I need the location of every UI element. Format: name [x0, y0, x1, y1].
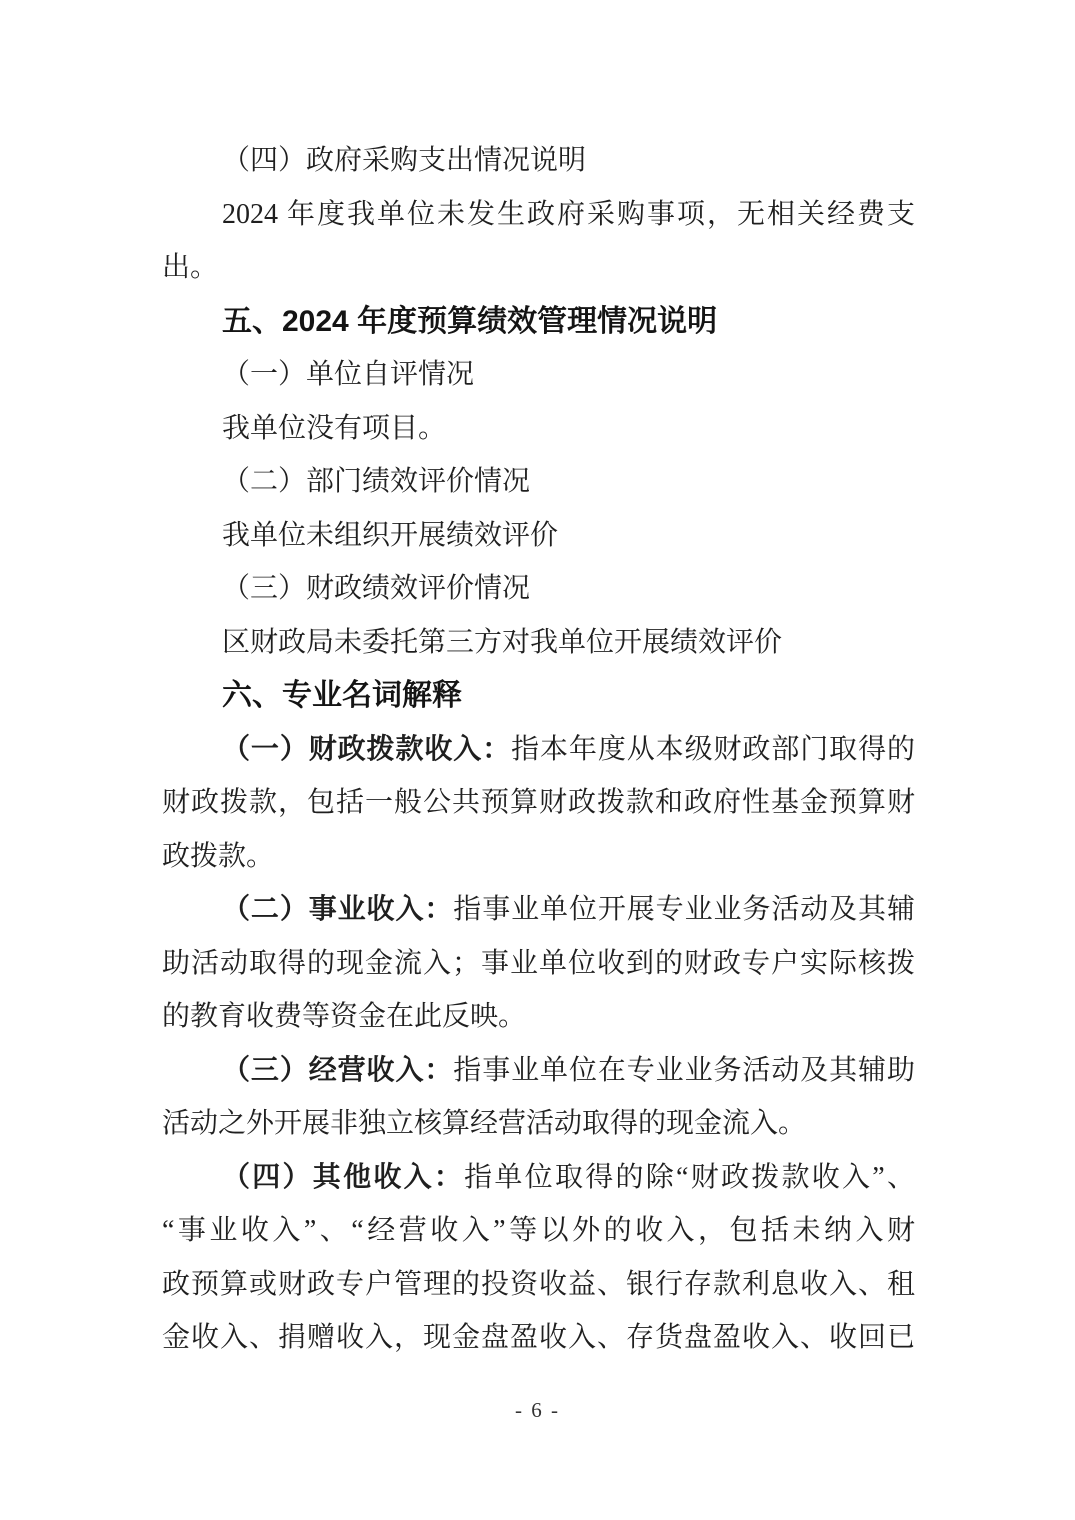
definition-text: 指单位取得的除“财政拨款收入”、: [464, 1162, 915, 1193]
body-line: 我单位没有项目。: [162, 402, 915, 456]
body-line: 2024 年度我单位未发生政府采购事项，无相关经费支: [162, 188, 915, 242]
subsection-heading: （三）财政绩效评价情况: [162, 562, 915, 616]
definition-text: 指本年度从本级财政部门取得的: [511, 734, 915, 765]
subsection-heading: （四）政府采购支出情况说明: [162, 134, 915, 188]
body-line: “事业收入”、“经营收入”等以外的收入，包括未纳入财: [162, 1204, 915, 1258]
body-line: 政拨款。: [162, 830, 915, 884]
body-line: 我单位未组织开展绩效评价: [162, 509, 915, 563]
definition-term: （四）其他收入：: [222, 1162, 464, 1193]
definition-text: 指事业单位在专业业务活动及其辅助: [453, 1055, 915, 1086]
definition-line: （三）经营收入：指事业单位在专业业务活动及其辅助: [162, 1044, 915, 1098]
document-body: （四）政府采购支出情况说明 2024 年度我单位未发生政府采购事项，无相关经费支…: [162, 134, 915, 1365]
subsection-heading: （二）部门绩效评价情况: [162, 455, 915, 509]
body-line: 财政拨款，包括一般公共预算财政拨款和政府性基金预算财: [162, 776, 915, 830]
document-page: （四）政府采购支出情况说明 2024 年度我单位未发生政府采购事项，无相关经费支…: [0, 0, 1075, 1520]
body-line: 政预算或财政专户管理的投资收益、银行存款利息收入、租: [162, 1258, 915, 1312]
definition-line: （二）事业收入：指事业单位开展专业业务活动及其辅: [162, 883, 915, 937]
section-heading-5: 五、2024 年度预算绩效管理情况说明: [162, 295, 915, 349]
subsection-heading: （一）单位自评情况: [162, 348, 915, 402]
body-line: 的教育收费等资金在此反映。: [162, 990, 915, 1044]
body-line: 出。: [162, 241, 915, 295]
body-line: 金收入、捐赠收入，现金盘盈收入、存货盘盈收入、收回已: [162, 1311, 915, 1365]
definition-term: （二）事业收入：: [222, 894, 453, 925]
definition-line: （一）财政拨款收入：指本年度从本级财政部门取得的: [162, 723, 915, 777]
definition-line: （四）其他收入：指单位取得的除“财政拨款收入”、: [162, 1151, 915, 1205]
page-number: - 6 -: [0, 1398, 1075, 1423]
definition-term: （三）经营收入：: [222, 1055, 453, 1086]
body-line: 活动之外开展非独立核算经营活动取得的现金流入。: [162, 1097, 915, 1151]
definition-term: （一）财政拨款收入：: [222, 734, 511, 765]
definition-text: 指事业单位开展专业业务活动及其辅: [453, 894, 915, 925]
section-heading-6: 六、专业名词解释: [162, 669, 915, 723]
body-line: 区财政局未委托第三方对我单位开展绩效评价: [162, 616, 915, 670]
body-line: 助活动取得的现金流入；事业单位收到的财政专户实际核拨: [162, 937, 915, 991]
